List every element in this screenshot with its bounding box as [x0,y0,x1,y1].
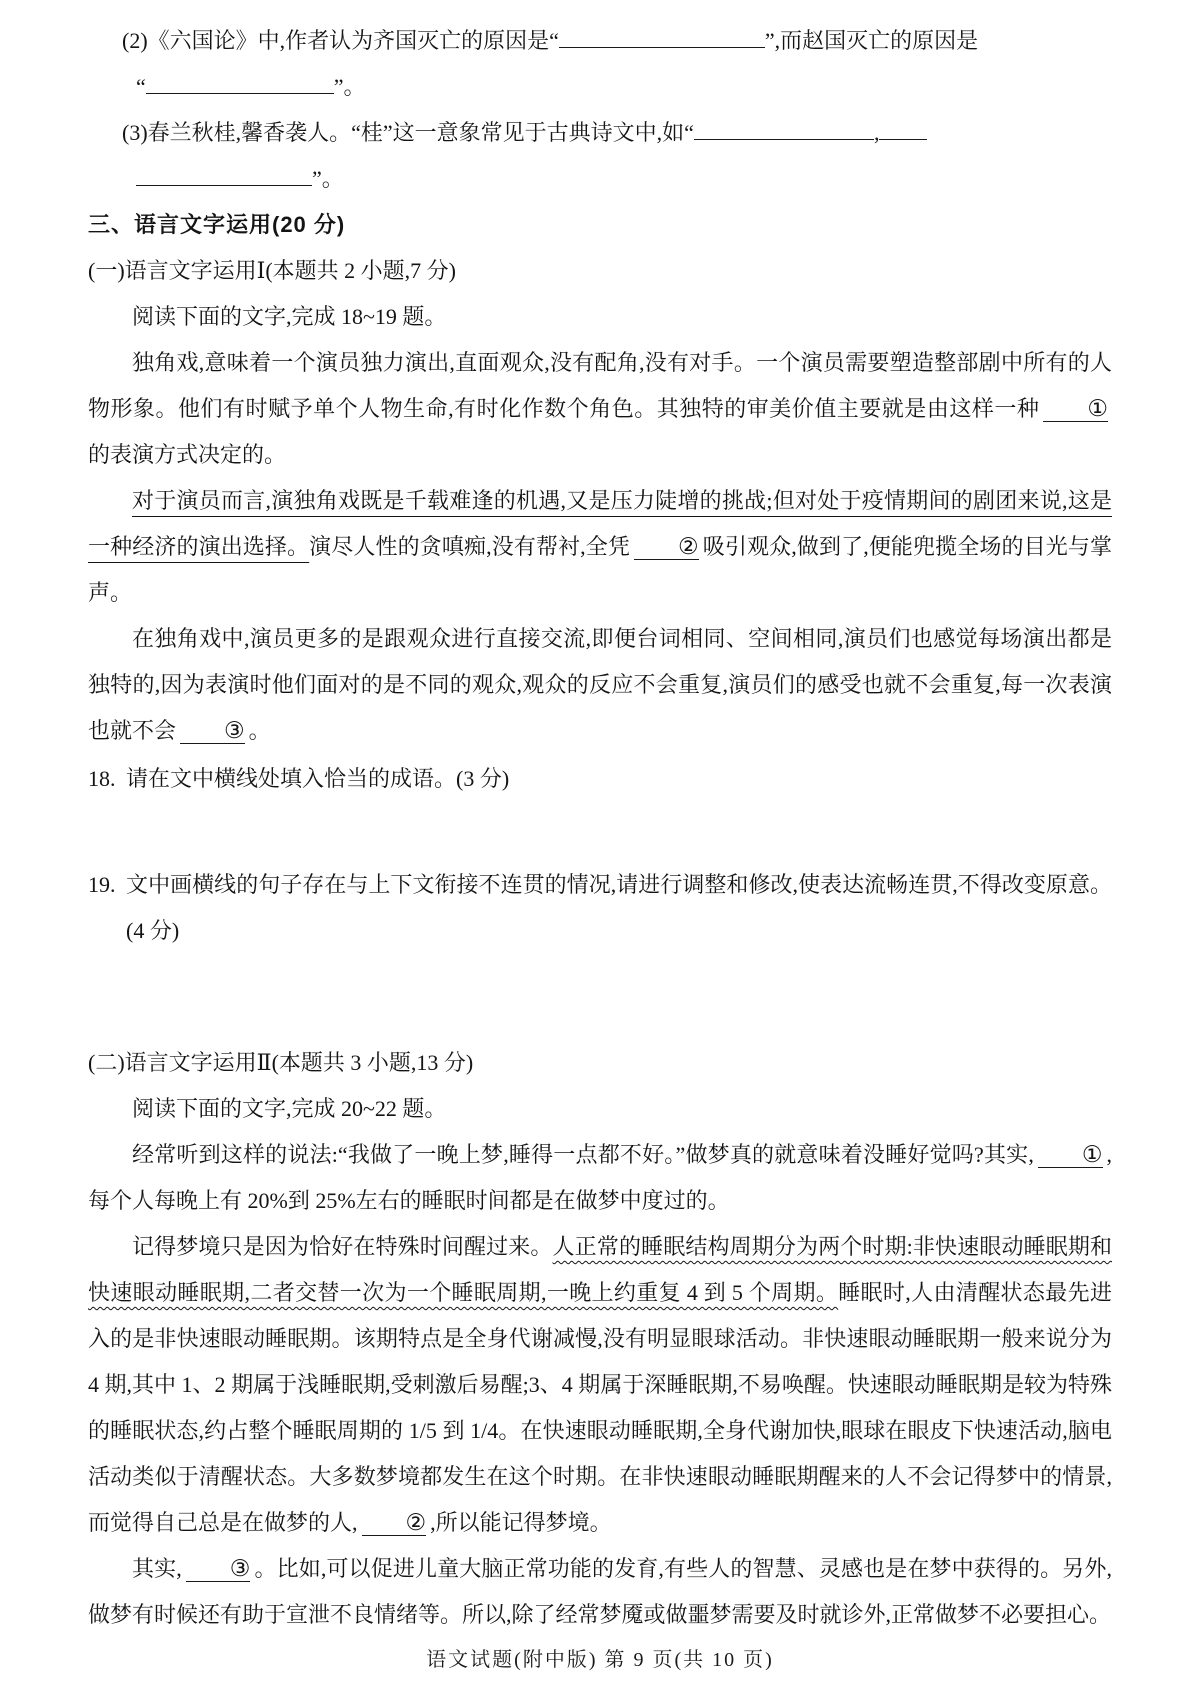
question-18-number: 18. [88,756,126,802]
circled-number-2: ② [406,1510,427,1535]
dictation-q2-text-post: ”,而赵国灭亡的原因是 [765,28,978,53]
answer-blank [694,117,874,140]
exam-paper-page: (2)《六国论》中,作者认为齐国灭亡的原因是“”,而赵国灭亡的原因是 “”。 (… [0,0,1200,1698]
inline-blank-3: ③ [180,718,245,744]
inline-blank-1: ① [1043,396,1108,422]
passage-text-segment: 记得梦境只是因为恰好在特殊时间醒过来。 [132,1234,553,1259]
page-content: (2)《六国论》中,作者认为齐国灭亡的原因是“”,而赵国灭亡的原因是 “”。 (… [88,18,1112,1638]
answer-blank [146,71,334,94]
passage-text-segment: 睡眠时,人由清醒状态最先进入的是非快速眼动睡眠期。该期特点是全身代谢减慢,没有明… [88,1280,1112,1535]
inline-blank-3: ③ [186,1556,251,1582]
dictation-q3-line1: (3)春兰秋桂,馨香袭人。“桂”这一意象常见于古典诗文中,如“, [122,110,1112,156]
question-19: 19.文中画横线的句子存在与上下文衔接不连贯的情况,请进行调整和修改,使表达流畅… [88,862,1112,954]
passage-text-segment: 的表演方式决定的。 [88,442,286,467]
passage-text-segment: 独角戏,意味着一个演员独力演出,直面观众,没有配角,没有对手。一个演员需要塑造整… [88,350,1112,421]
dictation-block: (2)《六国论》中,作者认为齐国灭亡的原因是“”,而赵国灭亡的原因是 “”。 (… [88,18,1112,202]
inline-blank-2: ② [634,534,699,560]
passage2-paragraph-2: 记得梦境只是因为恰好在特殊时间醒过来。人正常的睡眠结构周期分为两个时期:非快速眼… [88,1224,1112,1546]
question-19-text: 文中画横线的句子存在与上下文衔接不连贯的情况,请进行调整和修改,使表达流畅连贯,… [126,872,1112,943]
part1-title: (一)语言文字运用Ⅰ(本题共 2 小题,7 分) [88,248,1112,294]
passage-text-segment: 经常听到这样的说法:“我做了一晚上梦,睡得一点都不好。”做梦真的就意味着没睡好觉… [132,1142,1034,1167]
passage1-paragraph-1: 独角戏,意味着一个演员独力演出,直面观众,没有配角,没有对手。一个演员需要塑造整… [88,340,1112,478]
circled-number-1: ① [1082,1142,1103,1167]
answer-blank [136,163,312,186]
circled-number-2: ② [678,534,699,559]
circled-number-3: ③ [224,718,245,743]
dictation-q2-line2: “”。 [122,64,1112,110]
dictation-q3-quote-close: ”。 [312,166,344,191]
dictation-q3-text-pre: (3)春兰秋桂,馨香袭人。“桂”这一意象常见于古典诗文中,如“ [122,120,694,145]
dictation-q3-line2: ”。 [122,156,1112,202]
circled-number-1: ① [1087,396,1108,421]
dictation-q2-line1: (2)《六国论》中,作者认为齐国灭亡的原因是“”,而赵国灭亡的原因是 [122,18,1112,64]
passage-text-segment: ,所以能记得梦境。 [430,1510,612,1535]
part1-intro: 阅读下面的文字,完成 18~19 题。 [88,294,1112,340]
passage1-paragraph-3: 在独角戏中,演员更多的是跟观众进行直接交流,即便台词相同、空间相同,演员们也感觉… [88,616,1112,754]
answer-space [88,802,1112,860]
dictation-q2-quote-close: ”。 [334,74,366,99]
section-title: 三、语言文字运用(20 分) [88,202,1112,248]
page-footer: 语文试题(附中版) 第 9 页(共 10 页) [0,1643,1200,1672]
passage2-paragraph-1: 经常听到这样的说法:“我做了一晚上梦,睡得一点都不好。”做梦真的就意味着没睡好觉… [88,1132,1112,1224]
passage1-paragraph-2: 对于演员而言,演独角戏既是千载难逢的机遇,又是压力陡增的挑战;但对处于疫情期间的… [88,478,1112,616]
inline-blank-2: ② [362,1510,427,1536]
part2-title: (二)语言文字运用Ⅱ(本题共 3 小题,13 分) [88,1040,1112,1086]
passage-text-segment: 演尽人性的贪嗔痴,没有帮衬,全凭 [309,534,630,559]
part2-intro: 阅读下面的文字,完成 20~22 题。 [88,1086,1112,1132]
answer-blank [879,117,927,140]
circled-number-3: ③ [230,1556,251,1581]
question-18-text: 请在文中横线处填入恰当的成语。(3 分) [126,766,509,791]
passage-text-segment: 其实, [132,1556,182,1581]
passage2-paragraph-3: 其实,③。比如,可以促进儿童大脑正常功能的发育,有些人的智慧、灵感也是在梦中获得… [88,1546,1112,1638]
inline-blank-1: ① [1038,1142,1103,1168]
dictation-q2-text-pre: (2)《六国论》中,作者认为齐国灭亡的原因是“ [122,28,559,53]
answer-blank [559,25,765,48]
dictation-q2-quote-open: “ [136,74,146,99]
answer-space [88,954,1112,1040]
question-18: 18.请在文中横线处填入恰当的成语。(3 分) [88,756,1112,802]
passage-text-segment: 。 [249,718,271,743]
question-19-number: 19. [88,862,126,908]
